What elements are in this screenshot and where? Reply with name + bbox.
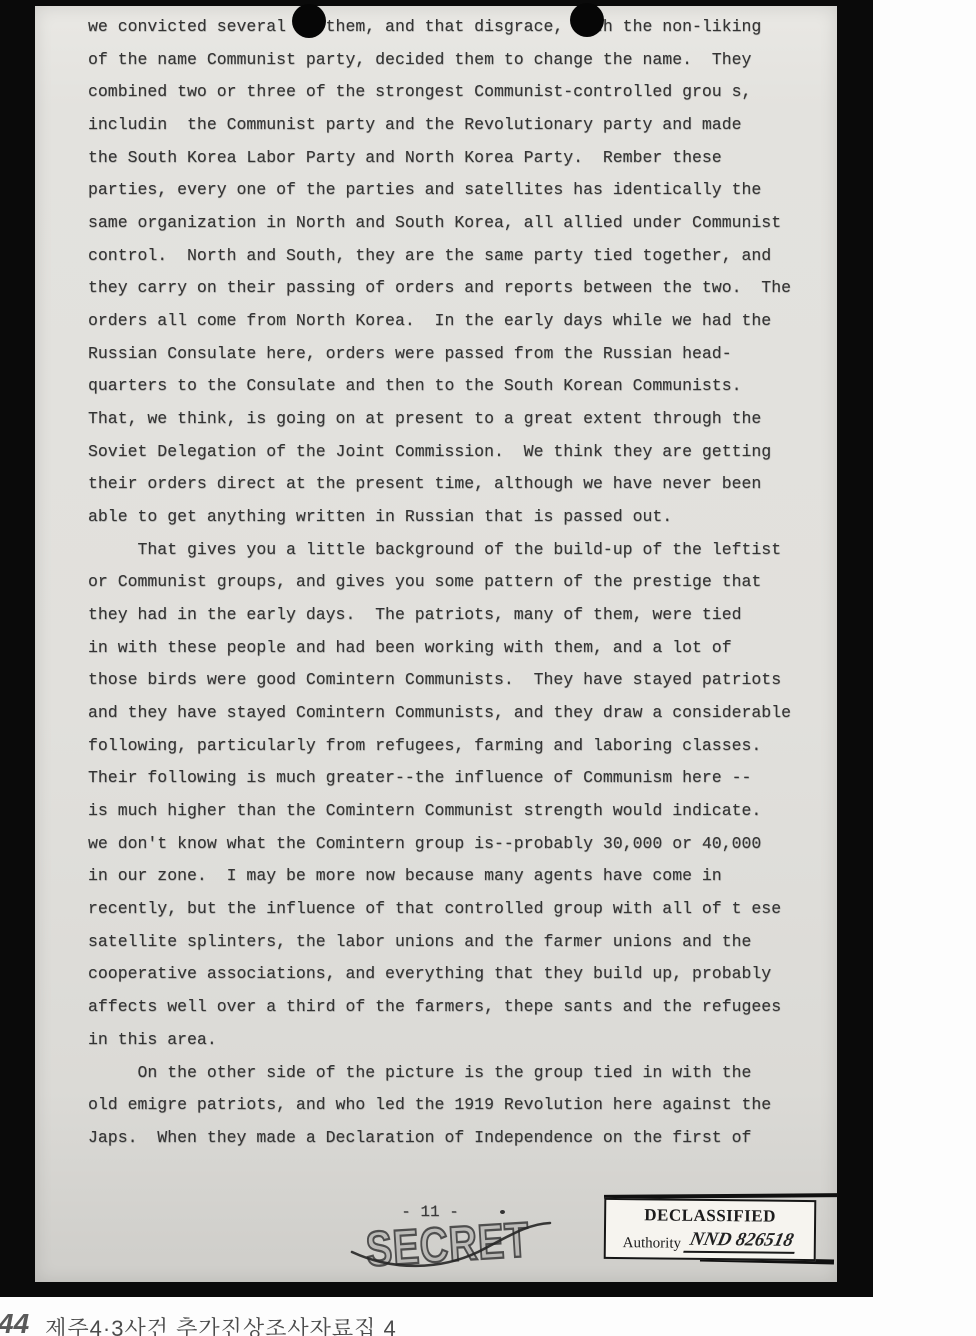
authority-signature: NND 826518 [683, 1229, 799, 1254]
text-line: same organization in North and South Kor… [88, 207, 833, 240]
hole-punch-dot [292, 4, 326, 38]
text-line: That, we think, is going on at present t… [88, 403, 833, 436]
text-line: control. North and South, they are the s… [88, 240, 833, 273]
book-title-caption: 제주4·3사건 추가진상조사자료집 4 [45, 1312, 397, 1336]
text-line: Their following is much greater--the inf… [88, 762, 833, 795]
text-line: or Communist groups, and gives you some … [88, 566, 833, 599]
document-text: we convicted several of them, and that d… [88, 11, 833, 1155]
book-page: we convicted several of them, and that d… [0, 0, 976, 1336]
text-line: Soviet Delegation of the Joint Commissio… [88, 436, 833, 469]
text-line: Japs. When they made a Declaration of In… [88, 1122, 833, 1155]
text-line: old emigre patriots, and who led the 191… [88, 1089, 833, 1122]
book-caption: 44 제주4·3사건 추가진상조사자료집 4 [0, 1308, 397, 1336]
text-line: and they have stayed Comintern Communist… [88, 697, 833, 730]
text-line: affects well over a third of the farmers… [88, 991, 833, 1024]
declassified-stamp: DECLASSIFIED Authority NND 826518 [604, 1198, 817, 1261]
text-line: they had in the early days. The patriots… [88, 599, 833, 632]
text-line: is much higher than the Comintern Commun… [88, 795, 833, 828]
text-line: orders all come from North Korea. In the… [88, 305, 833, 338]
text-line: satellite splinters, the labor unions an… [88, 926, 833, 959]
text-line: in with these people and had been workin… [88, 632, 833, 665]
text-line: Russian Consulate here, orders were pass… [88, 338, 833, 371]
text-line: quarters to the Consulate and then to th… [88, 370, 833, 403]
text-line: their orders direct at the present time,… [88, 468, 833, 501]
text-line: those birds were good Comintern Communis… [88, 664, 833, 697]
hole-punch-dot [570, 3, 604, 37]
declassified-title: DECLASSIFIED [606, 1205, 814, 1227]
text-line: able to get anything written in Russian … [88, 501, 833, 534]
authority-row: Authority NND 826518 [606, 1228, 814, 1254]
text-line: includin the Communist party and the Rev… [88, 109, 833, 142]
text-line: combined two or three of the strongest C… [88, 76, 833, 109]
text-line: in our zone. I may be more now because m… [88, 860, 833, 893]
text-line: of the name Communist party, decided the… [88, 44, 833, 77]
text-line: parties, every one of the parties and sa… [88, 174, 833, 207]
book-page-number: 44 [0, 1308, 29, 1336]
text-line: in this area. [88, 1024, 833, 1057]
text-line: we don't know what the Comintern group i… [88, 828, 833, 861]
text-line: cooperative associations, and everything… [88, 958, 833, 991]
authority-label: Authority [623, 1235, 682, 1253]
text-line: the South Korea Labor Party and North Ko… [88, 142, 833, 175]
text-line: That gives you a little background of th… [88, 534, 833, 567]
text-line: they carry on their passing of orders an… [88, 272, 833, 305]
text-line: On the other side of the picture is the … [88, 1057, 833, 1090]
text-line: recently, but the influence of that cont… [88, 893, 833, 926]
text-line: we convicted several of them, and that d… [88, 11, 833, 44]
strike-through-line [338, 1208, 568, 1278]
text-line: following, particularly from refugees, f… [88, 730, 833, 763]
